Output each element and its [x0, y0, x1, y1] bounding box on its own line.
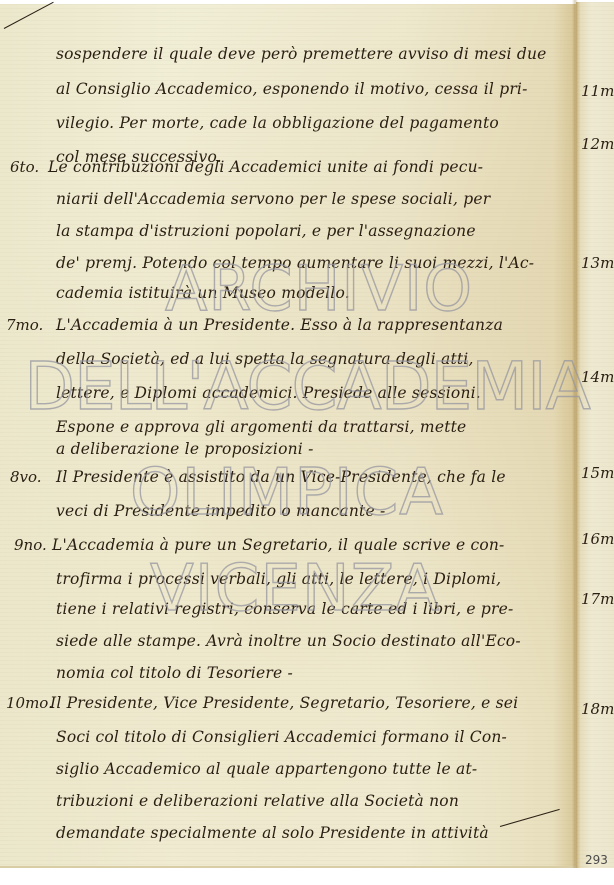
text-line: niarii dell'Accademia servono per le spe… [56, 190, 490, 208]
article-number: 9no. [14, 536, 47, 554]
watermark-accademia: DELL'ACCADEMIA [0, 348, 614, 425]
margin-article-number: 12mo [581, 135, 614, 153]
text-line: Le contribuzioni degli Accademici unite … [48, 158, 483, 176]
text-line: la stampa d'istruzioni popolari, e per l… [56, 222, 476, 240]
margin-article-number: 15mo [581, 464, 614, 482]
margin-article-number: 13mo [581, 254, 614, 272]
manuscript-scan: sospendere il quale deve però premettere… [0, 0, 614, 870]
text-line: nomia col titolo di Tesoriere - [56, 664, 293, 682]
text-line: tribuzioni e deliberazioni relative alla… [56, 792, 459, 810]
facing-page-strip [576, 2, 614, 868]
article-number: 7mo. [6, 316, 43, 334]
watermark-olimpica: OLIMPICA [130, 456, 444, 530]
watermark-archivio: ARCHIVIO [165, 252, 473, 325]
text-line: Soci col titolo di Consiglieri Accademic… [56, 728, 507, 746]
watermark-vicenza: VICENZA [150, 552, 440, 626]
folio-number: 293 [585, 853, 608, 867]
text-line: vilegio. Per morte, cade la obbligazione… [56, 114, 499, 132]
page-fold [572, 0, 578, 868]
margin-article-number: 16mo [581, 530, 614, 548]
text-line: Il Presidente, Vice Presidente, Segretar… [50, 694, 518, 712]
margin-article-number: 17mo [581, 590, 614, 608]
margin-article-number: 11mo [581, 82, 614, 100]
article-number: 10mo. [6, 694, 53, 712]
text-line: siede alle stampe. Avrà inoltre un Socio… [56, 632, 521, 650]
text-line: al Consiglio Accademico, esponendo il mo… [56, 80, 528, 98]
text-line: siglio Accademico al quale appartengono … [56, 760, 477, 778]
text-line: sospendere il quale deve però premettere… [56, 45, 547, 63]
article-number: 6to. [10, 158, 39, 176]
margin-article-number: 18mo [581, 700, 614, 718]
text-line: demandate specialmente al solo President… [56, 824, 489, 842]
article-number: 8vo. [10, 468, 42, 486]
